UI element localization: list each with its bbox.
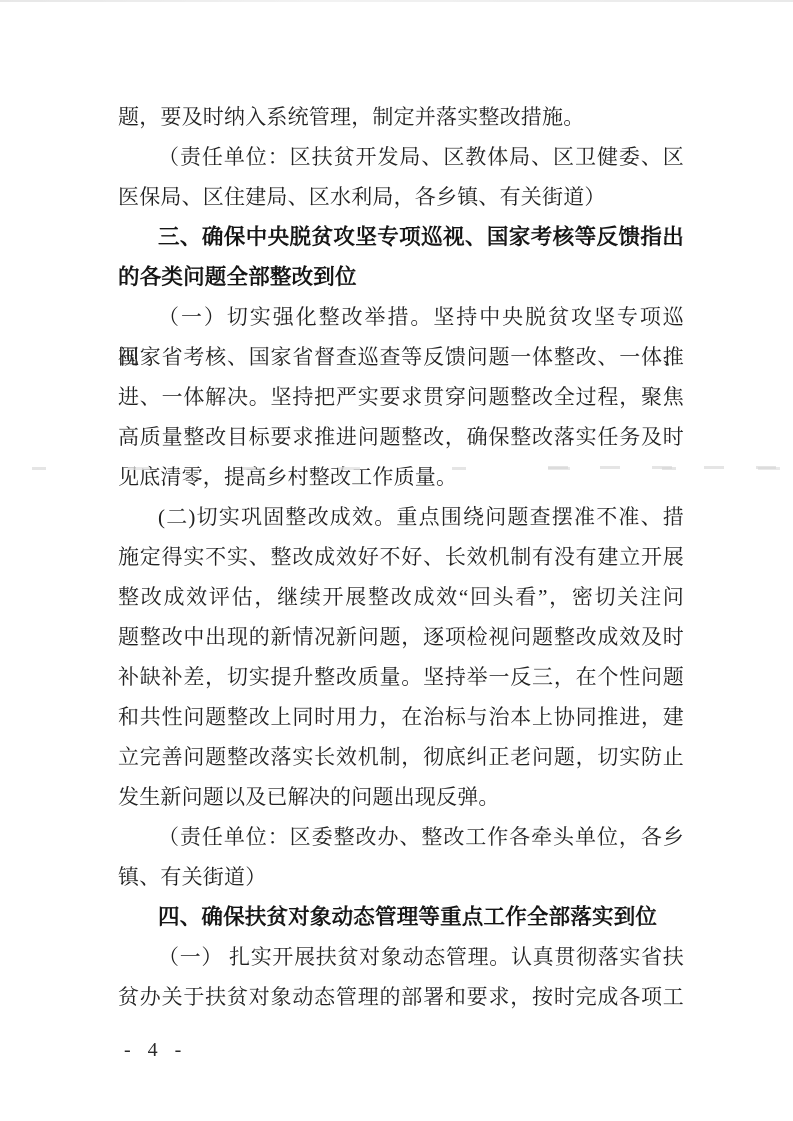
text-line: 四、确保扶贫对象动态管理等重点工作全部落实到位 [118,897,684,937]
document-body: 题，要及时纳入系统管理，制定并落实整改措施。 （责任单位：区扶贫开发局、区教体局… [118,97,684,1017]
scan-edge-artifact [0,0,793,2]
text-line: 进、一体解决。坚持把严实要求贯穿问题整改全过程，聚焦 [118,377,684,417]
text-line: 补缺补差，切实提升整改质量。坚持举一反三，在个性问题 [118,657,684,697]
page-number: - 4 - [124,1036,187,1064]
heading-section-four: 四、确保扶贫对象动态管理等重点工作全部落实到位 [118,897,684,937]
text-line: 发生新问题以及已解决的问题出现反弹。 [118,777,684,817]
text-line: 立完善问题整改落实长效机制，彻底纠正老问题，切实防止 [118,737,684,777]
text-line: 题整改中出现的新情况新问题，逐项检视问题整改成效及时 [118,617,684,657]
text-line: 镇、有关街道） [118,857,684,897]
text-line: 整改成效评估，继续开展整改成效“回头看”，密切关注问 [118,577,684,617]
text-line: 和共性问题整改上同时用力，在治标与治本上协同推进，建 [118,697,684,737]
text-line: 题，要及时纳入系统管理，制定并落实整改措施。 [118,97,684,137]
para-item-two-consolidate-results: (二)切实巩固整改成效。重点围绕问题查摆准不准、措施定得实不实、整改成效好不好、… [118,497,684,817]
text-line: 国家省考核、国家省督查巡查等反馈问题一体整改、一体推 [118,337,684,377]
document-page: 题，要及时纳入系统管理，制定并落实整改措施。 （责任单位：区扶贫开发局、区教体局… [0,0,793,1121]
text-line: （一） 扎实开展扶贫对象动态管理。认真贯彻落实省扶 [118,937,684,977]
text-line: （一）切实强化整改举措。坚持中央脱贫攻坚专项巡视、 [118,297,684,337]
text-line: 见底清零，提高乡村整改工作质量。 [118,457,684,497]
scan-artifact [548,466,786,469]
para-responsibility-units-2: （责任单位：区委整改办、整改工作各牵头单位，各乡镇、有关街道） [118,817,684,897]
text-line: 医保局、区住建局、区水利局，各乡镇、有关街道） [118,177,684,217]
para-carryover: 题，要及时纳入系统管理，制定并落实整改措施。 [118,97,684,137]
text-line: 三、确保中央脱贫攻坚专项巡视、国家考核等反馈指出 [118,217,684,257]
text-line: （责任单位：区委整改办、整改工作各牵头单位，各乡 [118,817,684,857]
heading-section-three: 三、确保中央脱贫攻坚专项巡视、国家考核等反馈指出的各类问题全部整改到位 [118,217,684,297]
text-line: 高质量整改目标要求推进问题整改，确保整改落实任务及时 [118,417,684,457]
text-line: 的各类问题全部整改到位 [118,257,684,297]
text-line: （责任单位：区扶贫开发局、区教体局、区卫健委、区 [118,137,684,177]
para-responsibility-units-1: （责任单位：区扶贫开发局、区教体局、区卫健委、区医保局、区住建局、区水利局，各乡… [118,137,684,217]
text-line: 贫办关于扶贫对象动态管理的部署和要求，按时完成各项工 [118,977,684,1017]
text-line: (二)切实巩固整改成效。重点围绕问题查摆准不准、措 [118,497,684,537]
text-line: 施定得实不实、整改成效好不好、长效机制有没有建立开展 [118,537,684,577]
para-item-one-dynamic-management: （一） 扎实开展扶贫对象动态管理。认真贯彻落实省扶贫办关于扶贫对象动态管理的部署… [118,937,684,1017]
